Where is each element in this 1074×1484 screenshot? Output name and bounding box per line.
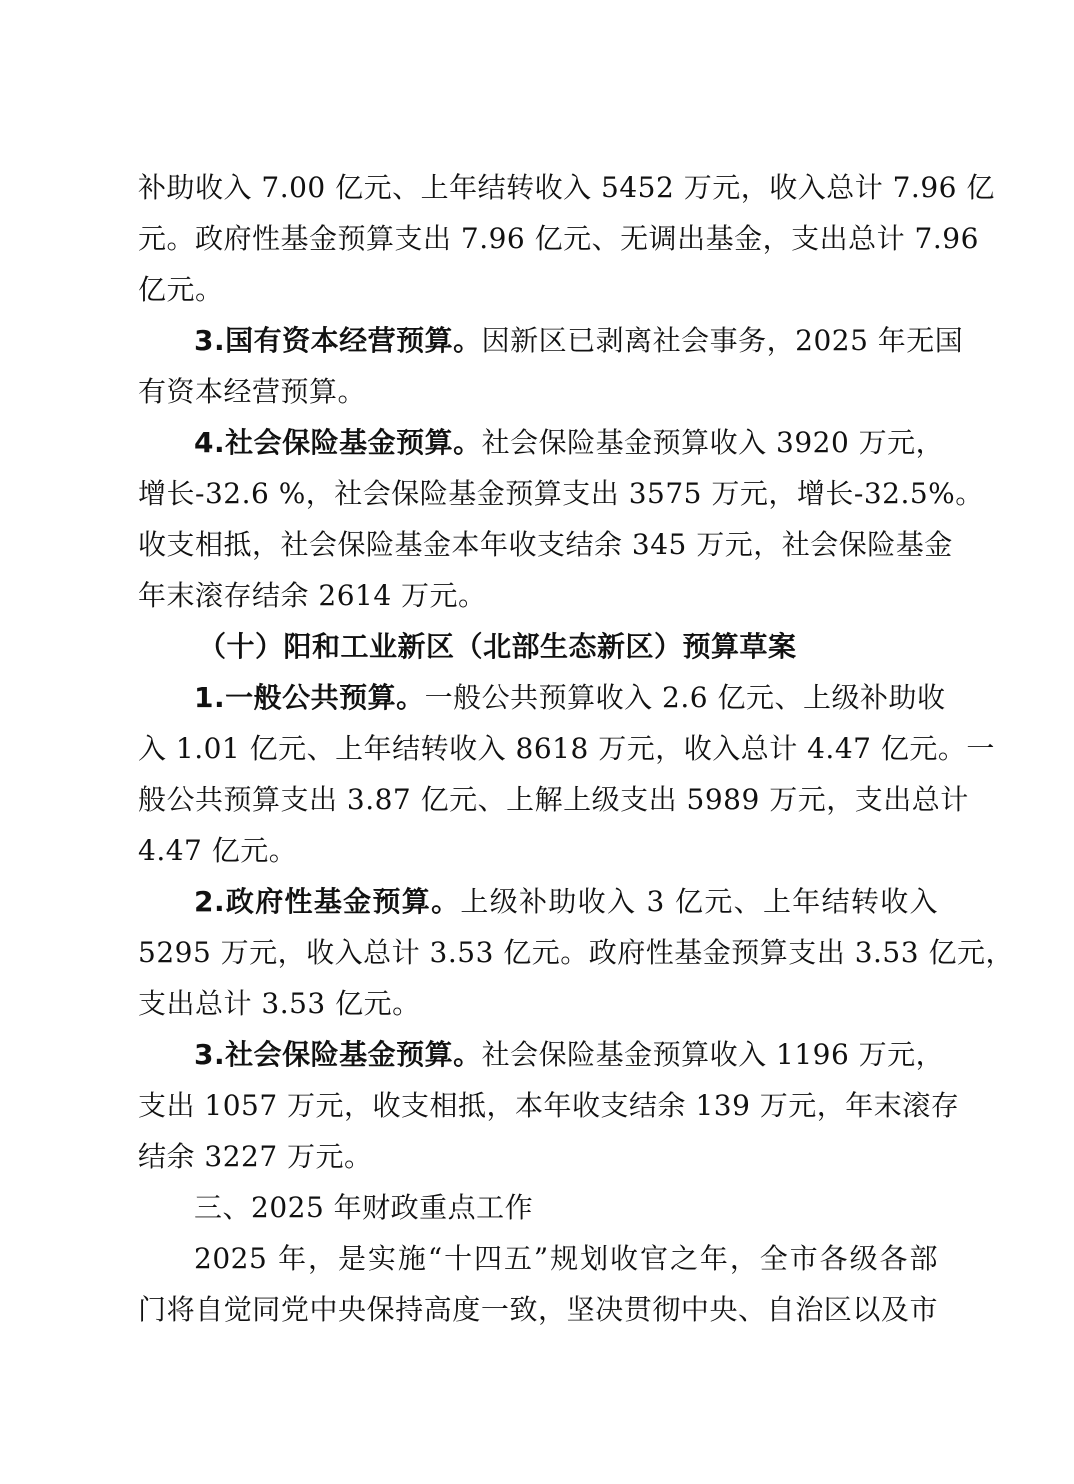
section-heading-social-insurance-2: 3.社会保险基金预算。: [194, 1038, 482, 1071]
paragraph-line: 般公共预算支出 3.87 亿元、上解上级支出 5989 万元，支出总计: [138, 774, 938, 825]
paragraph-line: 入 1.01 亿元、上年结转收入 8618 万元，收入总计 4.47 亿元。一: [138, 723, 938, 774]
paragraph-text: 一般公共预算收入 2.6 亿元、上级补助收: [425, 681, 946, 714]
paragraph-line: 增长-32.6 %，社会保险基金预算支出 3575 万元，增长-32.5%。: [138, 468, 938, 519]
section-heading-social-insurance: 4.社会保险基金预算。: [194, 426, 482, 459]
section-heading-general-budget: 1.一般公共预算。: [194, 681, 425, 714]
paragraph-line: 支出 1057 万元，收支相抵，本年收支结余 139 万元，年末滚存: [138, 1080, 938, 1131]
section-heading-key-work: 三、2025 年财政重点工作: [138, 1182, 938, 1233]
paragraph-line: 2025 年，是实施“十四五”规划收官之年，全市各级各部: [138, 1233, 938, 1284]
paragraph-line: 支出总计 3.53 亿元。: [138, 978, 938, 1029]
section-heading-yanghe: （十）阳和工业新区（北部生态新区）预算草案: [138, 621, 938, 672]
paragraph-text: 上级补助收入 3 亿元、上年结转收入: [460, 885, 938, 918]
paragraph-line: 年末滚存结余 2614 万元。: [138, 570, 938, 621]
paragraph-text: 因新区已剥离社会事务，2025 年无国: [482, 324, 964, 357]
paragraph-line: 门将自觉同党中央保持高度一致，坚决贯彻中央、自治区以及市: [138, 1284, 938, 1335]
document-page: 补助收入 7.00 亿元、上年结转收入 5452 万元，收入总计 7.96 亿 …: [138, 162, 938, 1335]
paragraph-line: 有资本经营预算。: [138, 366, 938, 417]
paragraph-line: 2.政府性基金预算。上级补助收入 3 亿元、上年结转收入: [138, 876, 938, 927]
paragraph-line: 补助收入 7.00 亿元、上年结转收入 5452 万元，收入总计 7.96 亿: [138, 162, 938, 213]
paragraph-line: 3.国有资本经营预算。因新区已剥离社会事务，2025 年无国: [138, 315, 938, 366]
paragraph-line: 5295 万元，收入总计 3.53 亿元。政府性基金预算支出 3.53 亿元，: [138, 927, 938, 978]
paragraph-text: 社会保险基金预算收入 3920 万元，: [482, 426, 945, 459]
paragraph-line: 结余 3227 万元。: [138, 1131, 938, 1182]
paragraph-line: 4.47 亿元。: [138, 825, 938, 876]
paragraph-line: 1.一般公共预算。一般公共预算收入 2.6 亿元、上级补助收: [138, 672, 938, 723]
paragraph-text: 社会保险基金预算收入 1196 万元，: [482, 1038, 945, 1071]
paragraph-line: 元。政府性基金预算支出 7.96 亿元、无调出基金，支出总计 7.96: [138, 213, 938, 264]
section-heading-gov-fund: 2.政府性基金预算。: [194, 885, 460, 918]
paragraph-line: 亿元。: [138, 264, 938, 315]
paragraph-line: 收支相抵，社会保险基金本年收支结余 345 万元，社会保险基金: [138, 519, 938, 570]
section-heading-state-capital: 3.国有资本经营预算。: [194, 324, 482, 357]
paragraph-line: 4.社会保险基金预算。社会保险基金预算收入 3920 万元，: [138, 417, 938, 468]
paragraph-line: 3.社会保险基金预算。社会保险基金预算收入 1196 万元，: [138, 1029, 938, 1080]
